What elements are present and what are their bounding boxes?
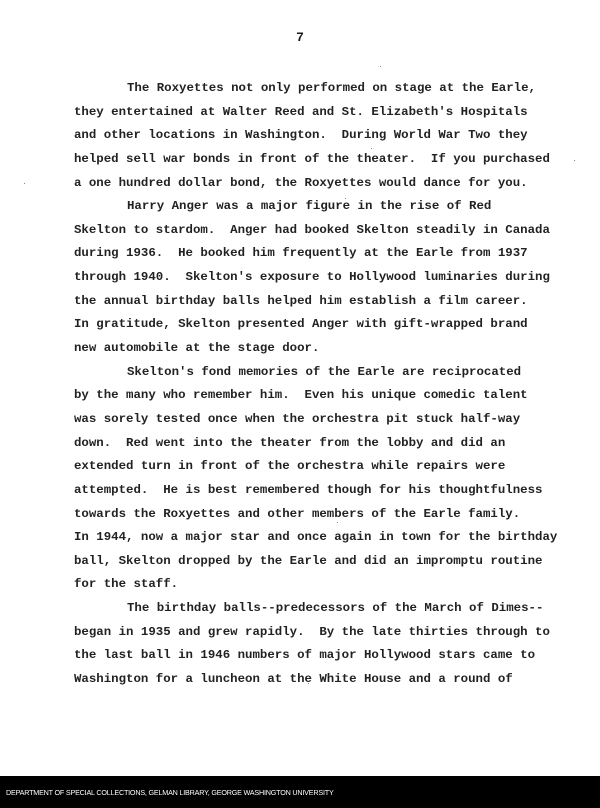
text-line: by the many who remember him. Even his u… <box>74 384 574 408</box>
text-line: In gratitude, Skelton presented Anger wi… <box>74 313 574 337</box>
text-line: a one hundred dollar bond, the Roxyettes… <box>74 172 574 196</box>
text-line: down. Red went into the theater from the… <box>74 432 574 456</box>
text-line: helped sell war bonds in front of the th… <box>74 148 574 172</box>
scan-speck <box>337 522 338 523</box>
text-line: the last ball in 1946 numbers of major H… <box>74 644 574 668</box>
text-line: extended turn in front of the orchestra … <box>74 455 574 479</box>
archive-credit: DEPARTMENT OF SPECIAL COLLECTIONS, GELMA… <box>6 788 334 797</box>
scan-speck <box>308 683 309 684</box>
text-line: Washington for a luncheon at the White H… <box>74 668 574 692</box>
text-line: and other locations in Washington. Durin… <box>74 124 574 148</box>
text-line: through 1940. Skelton's exposure to Holl… <box>74 266 574 290</box>
paragraph-harry-anger: Harry Anger was a major figure in the ri… <box>74 195 574 360</box>
archive-footer-bar: DEPARTMENT OF SPECIAL COLLECTIONS, GELMA… <box>0 776 600 808</box>
text-line: Harry Anger was a major figure in the ri… <box>74 195 574 219</box>
page-number: 7 <box>0 30 600 45</box>
text-line: The birthday balls--predecessors of the … <box>74 597 574 621</box>
text-line: new automobile at the stage door. <box>74 337 574 361</box>
scan-speck <box>371 148 372 149</box>
text-line: during 1936. He booked him frequently at… <box>74 242 574 266</box>
text-line: Skelton to stardom. Anger had booked Ske… <box>74 219 574 243</box>
text-line: attempted. He is best remembered though … <box>74 479 574 503</box>
text-line: was sorely tested once when the orchestr… <box>74 408 574 432</box>
text-line: The Roxyettes not only performed on stag… <box>74 77 574 101</box>
text-line: the annual birthday balls helped him est… <box>74 290 574 314</box>
text-line: In 1944, now a major star and once again… <box>74 526 574 550</box>
paragraph-roxyettes: The Roxyettes not only performed on stag… <box>74 77 574 195</box>
text-line: towards the Roxyettes and other members … <box>74 503 574 527</box>
text-line: began in 1935 and grew rapidly. By the l… <box>74 621 574 645</box>
paragraph-skelton-memories: Skelton's fond memories of the Earle are… <box>74 361 574 597</box>
scan-speck <box>24 183 25 184</box>
text-line: for the staff. <box>74 573 574 597</box>
text-line: ball, Skelton dropped by the Earle and d… <box>74 550 574 574</box>
document-body: The Roxyettes not only performed on stag… <box>74 77 574 692</box>
paragraph-birthday-balls: The birthday balls--predecessors of the … <box>74 597 574 692</box>
text-line: Skelton's fond memories of the Earle are… <box>74 361 574 385</box>
scan-speck <box>345 198 346 199</box>
scan-speck <box>574 160 575 161</box>
text-line: they entertained at Walter Reed and St. … <box>74 101 574 125</box>
scan-speck <box>380 66 381 67</box>
